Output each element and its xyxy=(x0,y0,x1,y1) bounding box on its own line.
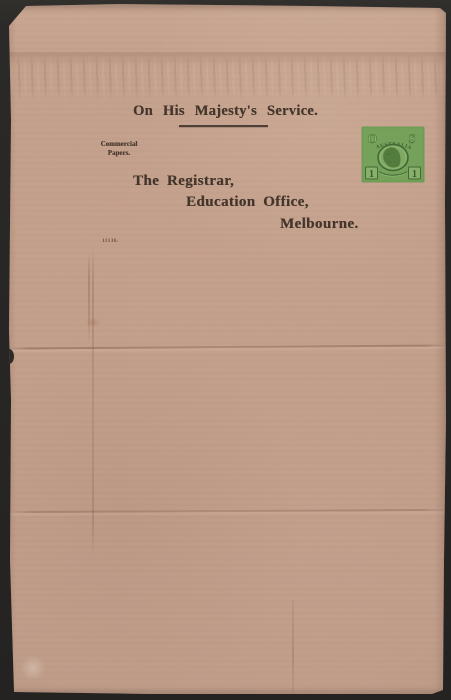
wrapper-document: On His Majesty's Service. Commercial Pap… xyxy=(0,0,451,700)
address-line-3: Melbourne. xyxy=(280,216,359,233)
fold-crease-upper xyxy=(8,344,447,349)
edge-shading-bottom xyxy=(8,686,447,696)
vertical-crease xyxy=(92,246,94,558)
address-line-2: Education Office, xyxy=(186,194,309,211)
address-line-1: The Registrar, xyxy=(133,173,234,190)
scuff-mark xyxy=(15,650,51,686)
vertical-crease-bottom xyxy=(292,600,294,694)
endorsement-line1: Commercial xyxy=(93,140,145,149)
endorsement-line2: Papers. xyxy=(93,149,145,158)
stamp-overprint-s: S xyxy=(409,132,416,146)
edge-shading-top xyxy=(8,4,447,13)
stamp-value-right: 1 xyxy=(412,169,417,180)
fold-crease-lower xyxy=(8,509,447,513)
endorsement-text: Commercial Papers. xyxy=(93,140,145,158)
stamp-value-left: 1 xyxy=(369,169,374,180)
header-underline-rule xyxy=(179,125,268,127)
postage-stamp: O S AUSTRALIA 1 1 xyxy=(361,126,425,183)
service-header: On His Majesty's Service. xyxy=(0,103,451,120)
scanner-background: On His Majesty's Service. Commercial Pap… xyxy=(0,0,451,700)
edge-tear-notch xyxy=(4,349,14,364)
printer-imprint-number: 11136. xyxy=(102,238,119,244)
stamp-overprint-o: O xyxy=(368,132,378,146)
wrinkle-band xyxy=(6,54,447,100)
vertical-crease-short xyxy=(88,252,90,344)
stain-mark xyxy=(82,316,104,329)
